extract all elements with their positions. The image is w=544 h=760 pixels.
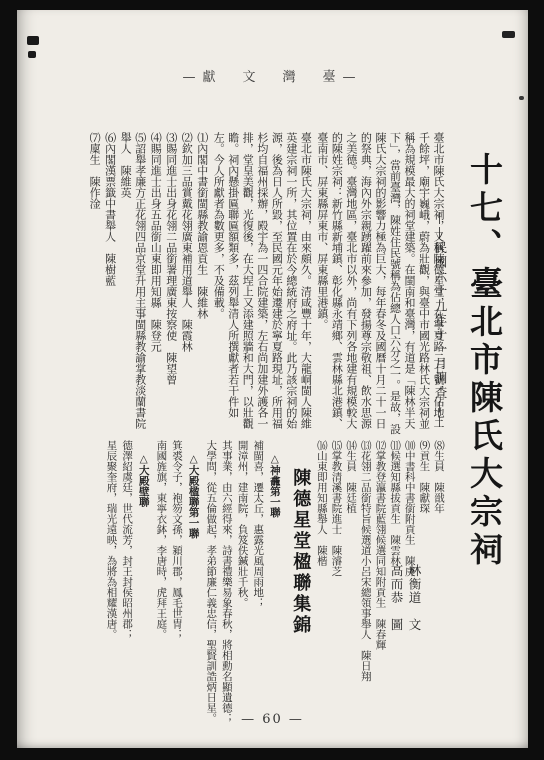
- plaque-list-item: ⑽中書科中書銜附貢生 陳庚: [402, 440, 416, 728]
- couplet-line: 箕裘令子，袍笏文孫，潁川郡，鳳毛世冑；: [169, 440, 183, 728]
- plaque-list-item: ⑸詔舉孝廉方正花翎四品京堂升用主事閩縣教諭掌教淡蘭書院舉人 陳維英: [118, 132, 147, 435]
- paragraph: 臺北市陳氏大宗祠，又稱陳德星堂，在寧夏路二七號，佔地二千餘坪，廟宇巍峨，蔚為壯觀…: [314, 132, 445, 435]
- couplet-line: 德澤紹虞廷，世代流芳，封王封侯昭州郡；: [119, 440, 133, 728]
- plaque-list-item: ⒀花翎二品銜特旨候選道小呂宋總領事舉人 陳日翔: [358, 440, 372, 728]
- couplet-heading: △大殿楹聯第一聯: [186, 440, 200, 728]
- page-number: — 60 —: [17, 712, 528, 727]
- couplet-line: 南國旌旗，東寧衣鉢，李唐時，虎拜王庭。: [154, 440, 168, 728]
- plaque-list-item: ⑹內閣漢票籤中書舉人 陳樹藍: [102, 132, 117, 435]
- couplet-section-title: 陳德星堂楹聯集錦: [289, 440, 312, 728]
- plaque-list-item: ⑵欽加三品賞戴花翎廣東補用道舉人 陳霞林: [179, 132, 194, 435]
- plaque-list-item: ⑷賜同進士出身五品銜山東即用知縣 陳登元: [148, 132, 163, 435]
- couplet-heading: △神龕第一聯: [267, 440, 281, 728]
- plaque-list-item: ⑾候選知縣拔貢生 陳雲林: [387, 440, 401, 728]
- couplet-line: 開漳州，建南院，負笈佚鍼壯千秋。: [235, 440, 249, 728]
- paper-sheet: —獻 文 灣 臺— 十七、臺北市陳氏大宗祠 ——民國六十九年十一月調查—— 林衡…: [17, 10, 528, 748]
- plaque-list-item: ⑻生員 陳戩年: [431, 440, 445, 728]
- plaque-list-item: ⑴內閣中書銜閩縣教諭恩貢生 陳維林: [194, 132, 209, 435]
- couplet-heading: △大殿壁聯: [136, 440, 150, 728]
- paragraph: 臺北市陳氏大宗祠，由來頗久。清咸豐十年，大龍峒閩人陳維英建宗祠一所，其位置在於今…: [211, 132, 313, 435]
- scanned-page: —獻 文 灣 臺— 十七、臺北市陳氏大宗祠 ——民國六十九年十一月調查—— 林衡…: [0, 0, 544, 760]
- couplet-line: 大學問，從五倫做起，孝弟節廉仁義忠信，聖賢訓誥炳日星。: [204, 440, 218, 728]
- scan-artifact: [519, 96, 524, 100]
- journal-header: —獻 文 灣 臺—: [17, 66, 528, 85]
- couplet-line: 補閩喜，遷太丘，惠露光風周雨地；: [251, 440, 265, 728]
- plaque-list-item: ⑺廩生 陳作淦: [87, 132, 102, 435]
- plaque-list-item: ⑶賜同進士出身花翎二品銜署理廣東按察使 陳望曾: [163, 132, 178, 435]
- body-upper-band: 臺北市陳氏大宗祠，又稱陳德星堂，在寧夏路二七號，佔地二千餘坪，廟宇巍峨，蔚為壯觀…: [51, 132, 445, 435]
- couplet-line: 其事業，由六經得來，詩書禮樂易象春秋，將相勳名顯遺德；: [219, 440, 233, 728]
- plaque-list-item: ⒂掌教清溪書院進士 陳濬芝: [329, 440, 343, 728]
- body-lower-band: ⑻生員 陳戩年 ⑼貢生 陳獻琛 ⑽中書科中書銜附貢生 陳庚 ⑾候選知縣拔貢生 陳…: [51, 440, 445, 728]
- plaque-list-item: ⑼貢生 陳獻琛: [417, 440, 431, 728]
- scan-artifact: [502, 31, 515, 38]
- article-title: 十七、臺北市陳氏大宗祠: [461, 126, 508, 732]
- plaque-list-item: ⒁生員 陳廷植: [344, 440, 358, 728]
- couplet-line: 星辰聚奎府，瑞光遠映，為將為相耀漢唐。: [104, 440, 118, 728]
- scan-artifact: [27, 36, 39, 45]
- plaque-list-item: ⑿掌教登瀛書院藍翎候選同知附貢生 陳春輝: [373, 440, 387, 728]
- scan-artifact: [28, 51, 36, 58]
- plaque-list-item: ⒃山東即用知縣舉人 陳楷: [314, 440, 328, 728]
